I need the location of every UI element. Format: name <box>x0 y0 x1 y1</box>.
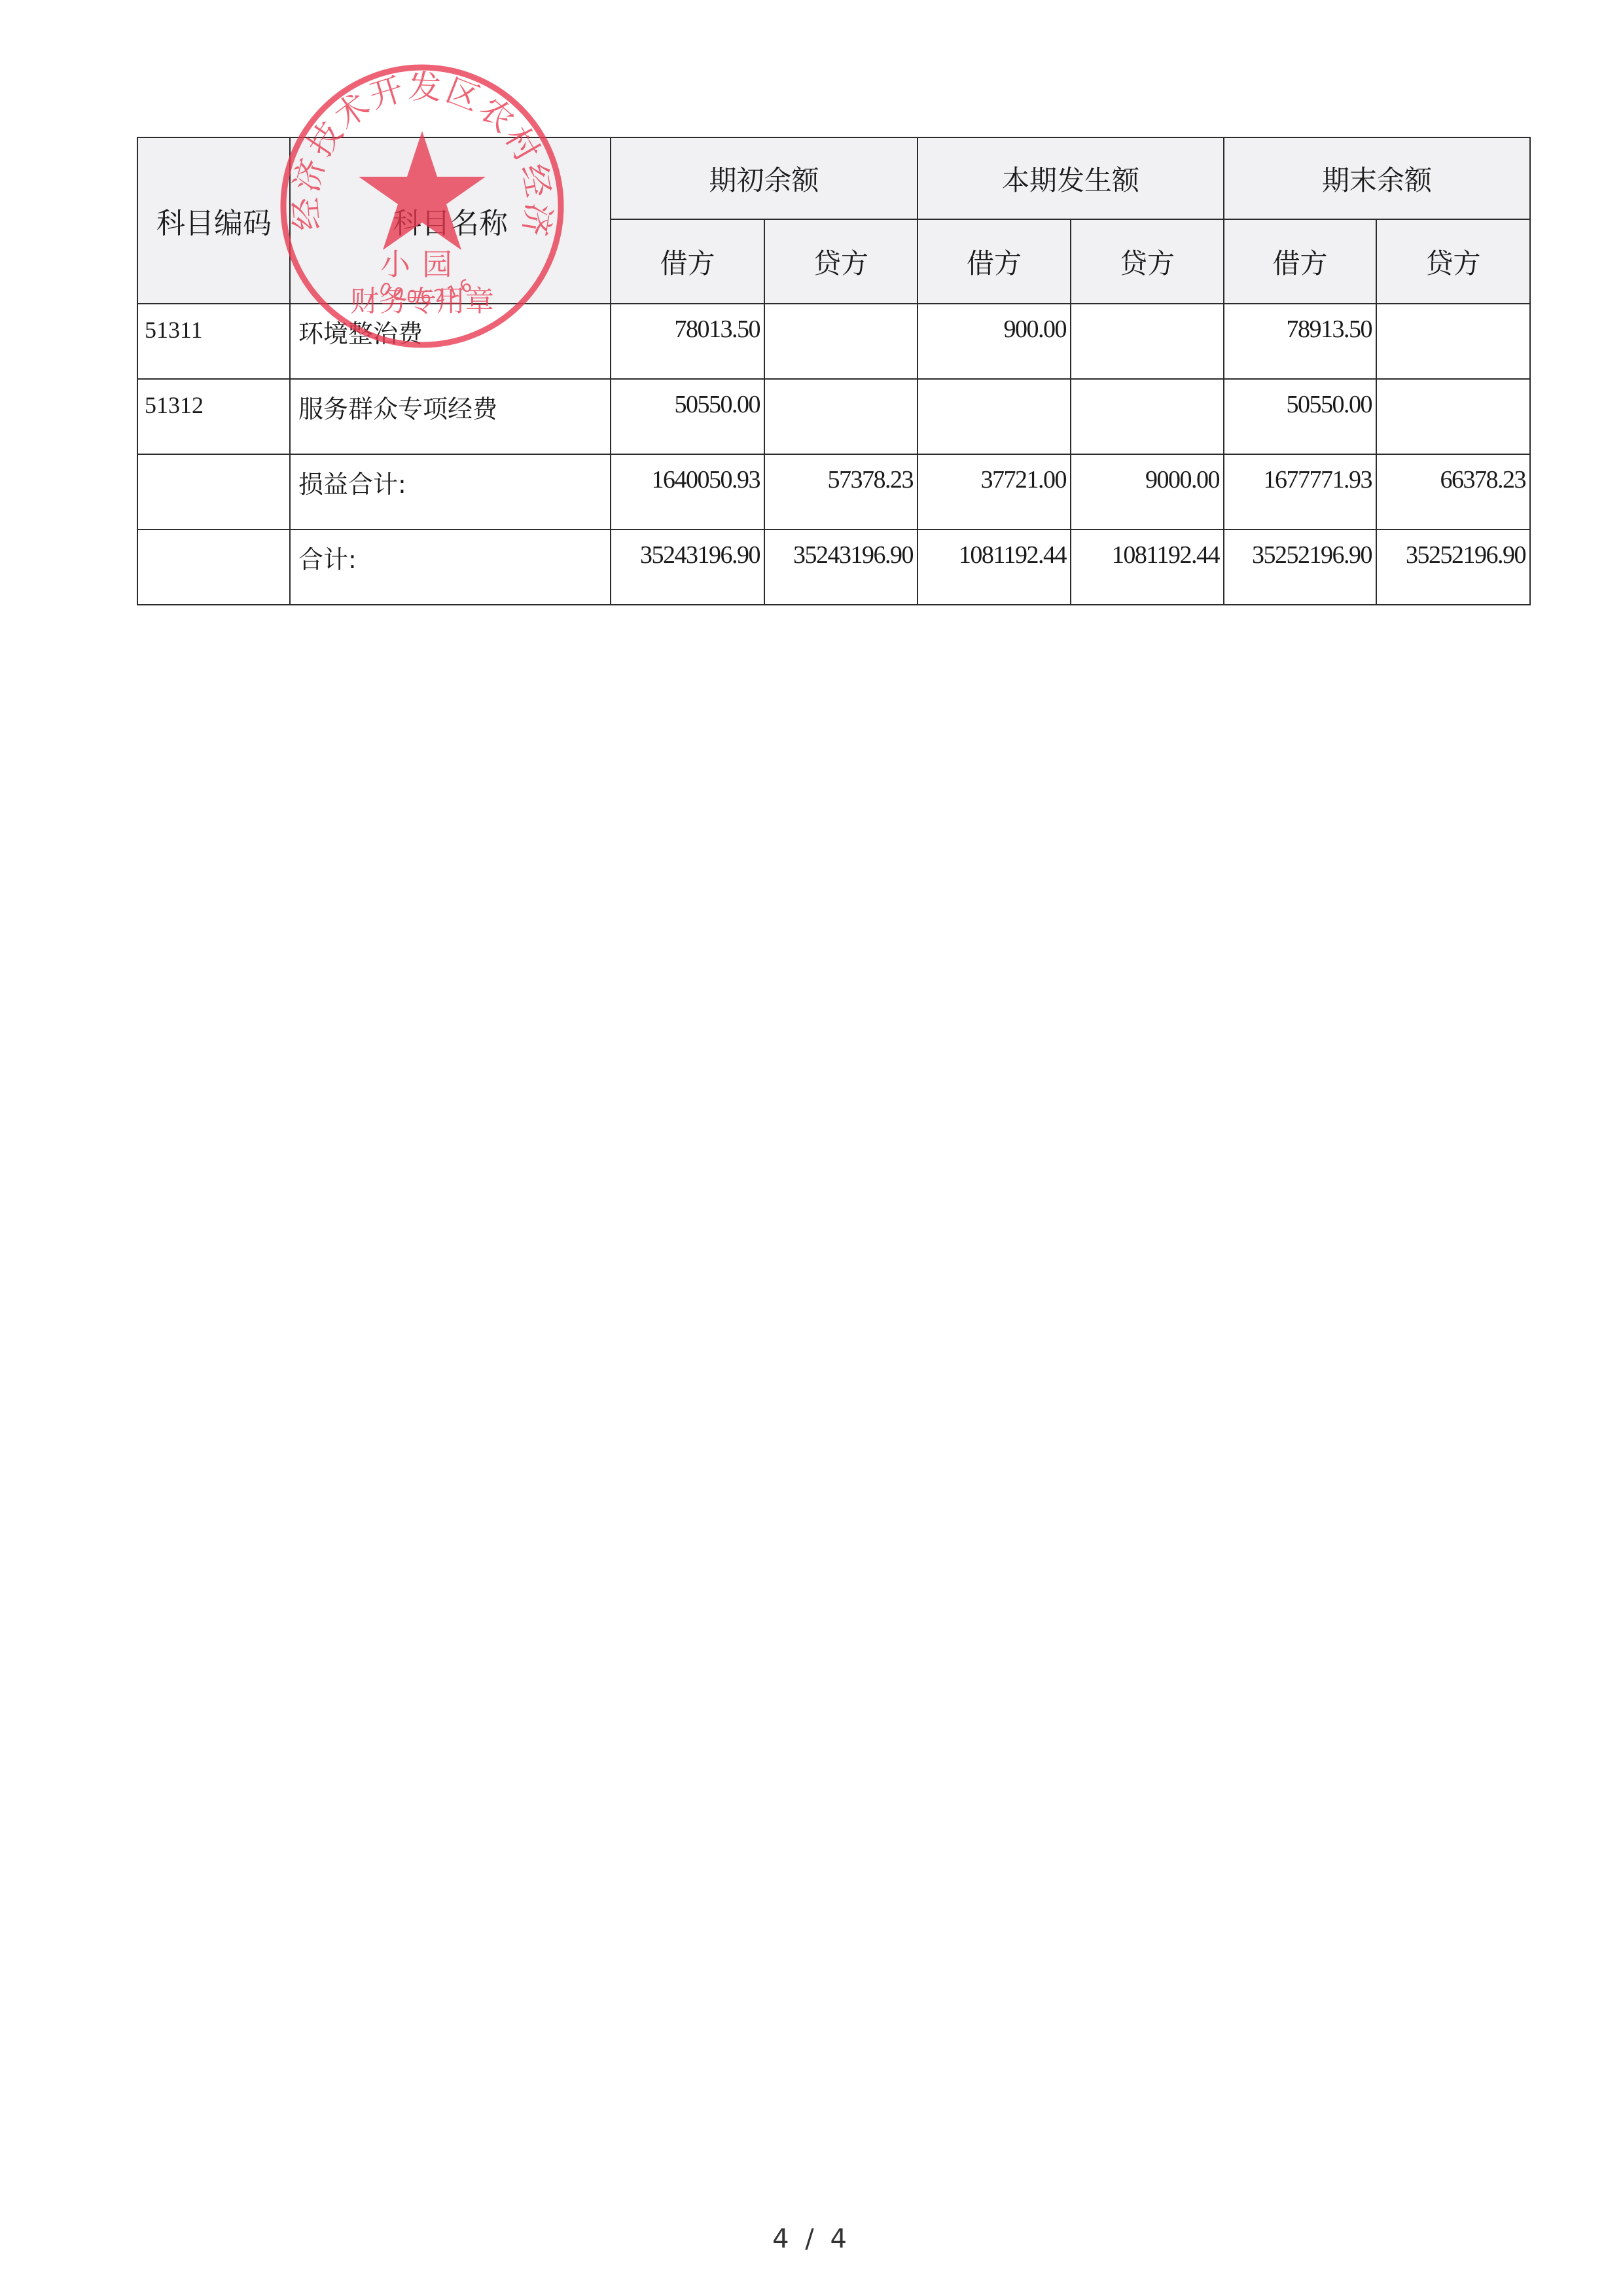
period-credit <box>1071 304 1224 379</box>
header-closing-balance: 期末余额 <box>1224 137 1530 219</box>
header-opening-credit: 贷方 <box>764 219 918 304</box>
grand-total-row: 合计: 35243196.90 35243196.90 1081192.44 1… <box>137 529 1530 605</box>
period-credit: 1081192.44 <box>1071 529 1224 605</box>
header-account-code: 科目编码 <box>137 137 290 304</box>
account-name: 环境整治费 <box>290 304 611 379</box>
closing-credit <box>1376 379 1530 454</box>
period-debit: 37721.00 <box>918 454 1071 529</box>
profit-loss-total-row: 损益合计: 1640050.93 57378.23 37721.00 9000.… <box>137 454 1530 529</box>
closing-debit: 1677771.93 <box>1224 454 1376 529</box>
header-period-credit: 贷方 <box>1071 219 1224 304</box>
closing-debit: 78913.50 <box>1224 304 1376 379</box>
account-code <box>137 454 290 529</box>
table-row: 51311 环境整治费 78013.50 900.00 78913.50 <box>137 304 1530 379</box>
closing-credit <box>1376 304 1530 379</box>
opening-debit: 50550.00 <box>611 379 764 454</box>
page-number: 4 / 4 <box>0 2224 1623 2254</box>
period-credit <box>1071 379 1224 454</box>
opening-debit: 1640050.93 <box>611 454 764 529</box>
period-debit: 900.00 <box>918 304 1071 379</box>
trial-balance-table: 科目编码 科目名称 期初余额 本期发生额 期末余额 借方 贷方 借方 贷方 借方… <box>137 137 1531 605</box>
header-closing-credit: 贷方 <box>1376 219 1530 304</box>
header-period-debit: 借方 <box>918 219 1071 304</box>
header-opening-debit: 借方 <box>611 219 764 304</box>
opening-credit <box>764 304 918 379</box>
opening-credit: 35243196.90 <box>764 529 918 605</box>
header-account-name: 科目名称 <box>290 137 611 304</box>
closing-debit: 35252196.90 <box>1224 529 1376 605</box>
header-period-amount: 本期发生额 <box>918 137 1224 219</box>
account-name: 损益合计: <box>290 454 611 529</box>
period-debit: 1081192.44 <box>918 529 1071 605</box>
account-code: 51311 <box>137 304 290 379</box>
account-code <box>137 529 290 605</box>
account-name: 服务群众专项经费 <box>290 379 611 454</box>
header-closing-debit: 借方 <box>1224 219 1376 304</box>
account-code: 51312 <box>137 379 290 454</box>
period-credit: 9000.00 <box>1071 454 1224 529</box>
closing-credit: 66378.23 <box>1376 454 1530 529</box>
opening-credit <box>764 379 918 454</box>
opening-credit: 57378.23 <box>764 454 918 529</box>
opening-debit: 78013.50 <box>611 304 764 379</box>
account-name: 合计: <box>290 529 611 605</box>
closing-credit: 35252196.90 <box>1376 529 1530 605</box>
opening-debit: 35243196.90 <box>611 529 764 605</box>
header-opening-balance: 期初余额 <box>611 137 918 219</box>
table-row: 51312 服务群众专项经费 50550.00 50550.00 <box>137 379 1530 454</box>
period-debit <box>918 379 1071 454</box>
closing-debit: 50550.00 <box>1224 379 1376 454</box>
